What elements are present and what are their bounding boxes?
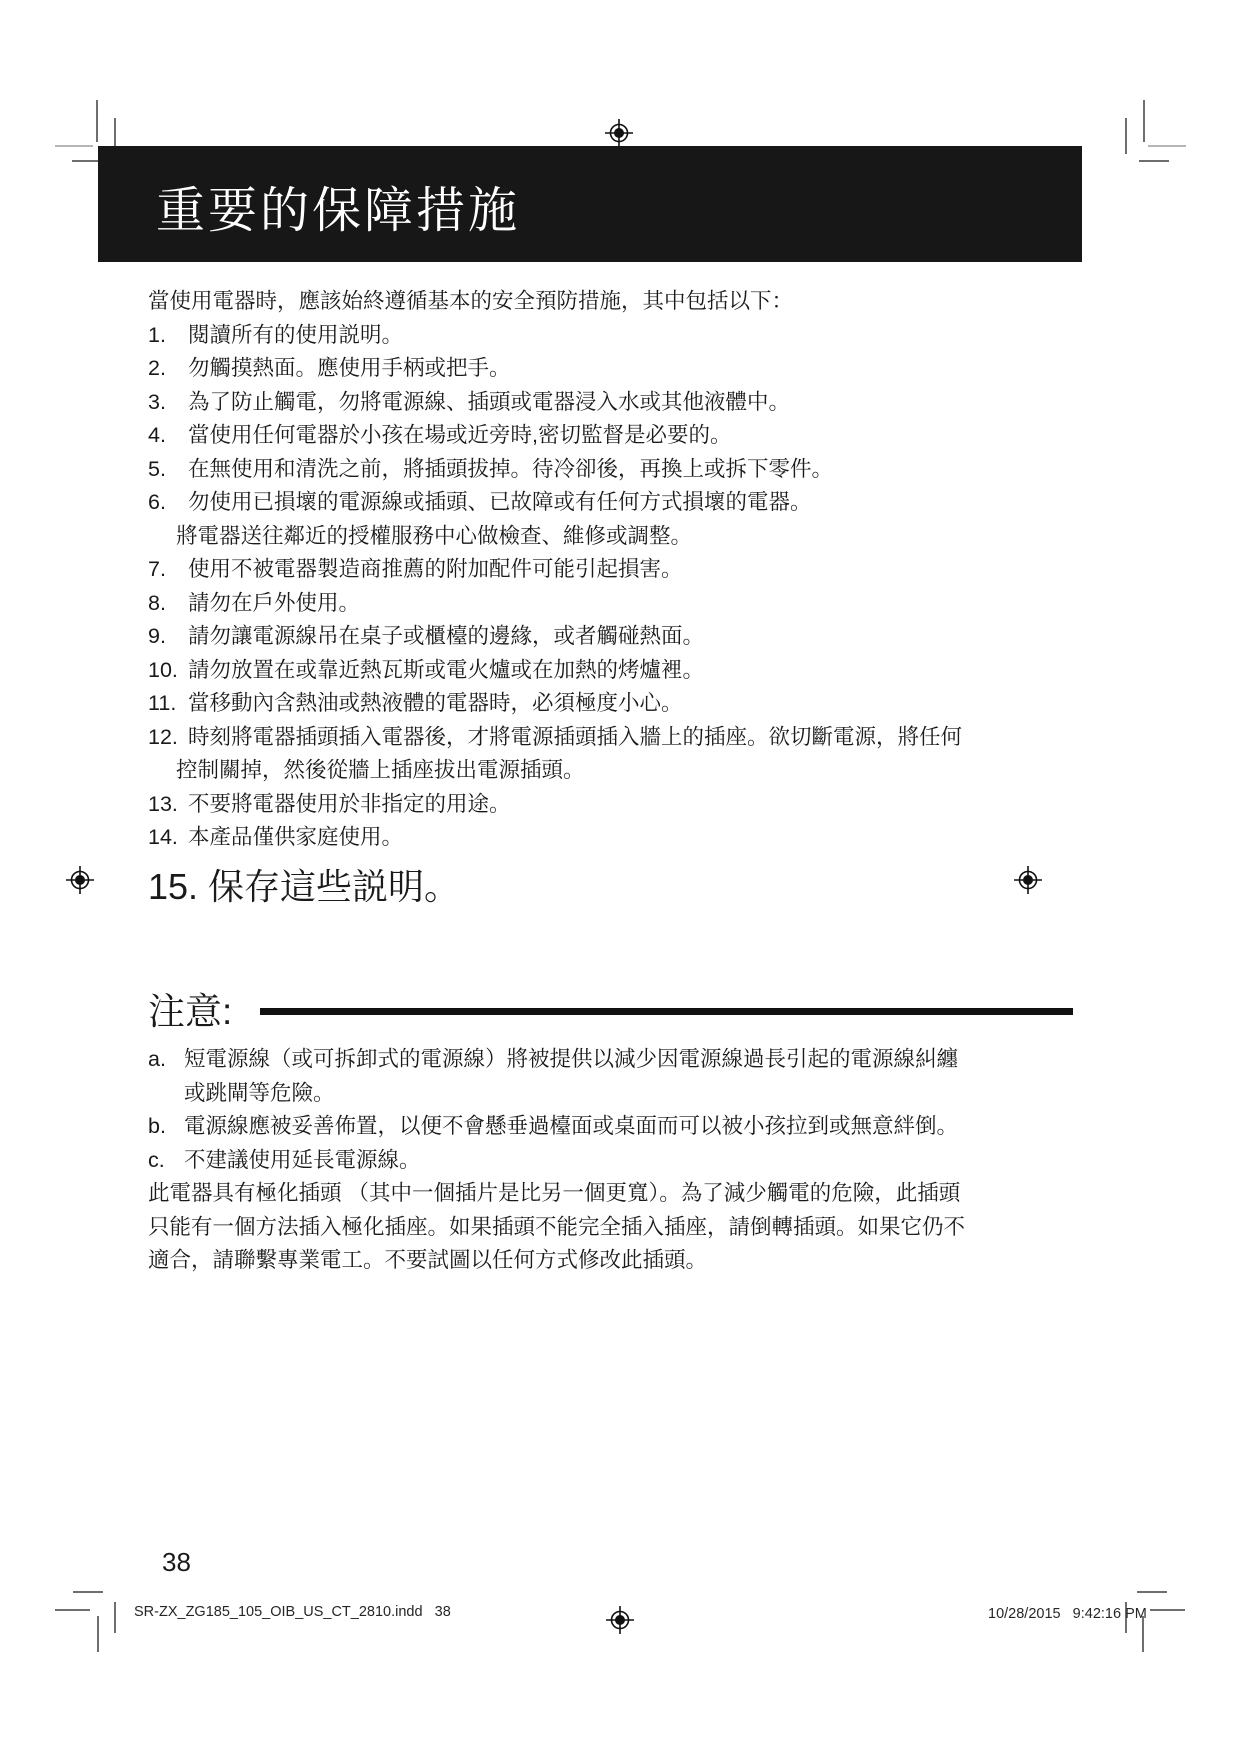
item-marker: 11. xyxy=(148,687,188,721)
list-item-line: a.短電源線（或可拆卸式的電源線）將被提供以減少因電源線過長引起的電源線糾纏 xyxy=(148,1043,1073,1077)
crop-mark xyxy=(114,1602,116,1633)
list-item-line: 11.當移動內含熱油或熱液體的電器時，必須極度小心。 xyxy=(148,687,1078,721)
crop-mark xyxy=(1143,100,1145,142)
crop-mark xyxy=(55,145,93,147)
crop-mark xyxy=(1150,1609,1185,1611)
item-marker: 2. xyxy=(148,352,188,386)
crop-mark xyxy=(97,1616,99,1652)
note-heading: 注意: xyxy=(148,981,232,1035)
crop-mark xyxy=(1139,160,1169,162)
item-text: 時刻將電器插頭插入電器後，才將電源插頭插入牆上的插座。欲切斷電源，將任何 xyxy=(188,721,962,755)
item-marker: 3. xyxy=(148,386,188,420)
registration-mark-icon xyxy=(66,866,94,894)
item-text: 將電器送往鄰近的授權服務中心做檢查、維修或調整。 xyxy=(176,520,692,554)
paragraph-line: 只能有一個方法插入極化插座。如果插頭不能完全插入插座，請倒轉插頭。如果它仍不 xyxy=(148,1211,1073,1245)
item-text: 在無使用和清洗之前，將插頭拔掉。待冷卻後，再換上或拆下零件。 xyxy=(188,453,833,487)
registration-mark-icon xyxy=(605,119,633,147)
list-item-line: 7.使用不被電器製造商推薦的附加配件可能引起損害。 xyxy=(148,553,1078,587)
crop-mark xyxy=(1137,1591,1167,1593)
item-marker: 1. xyxy=(148,319,188,353)
polarized-plug-paragraph: 此電器具有極化插頭 （其中一個插片是比另一個更寬）。為了減少觸電的危險，此插頭只… xyxy=(148,1177,1073,1278)
list-item-line: 控制關掉，然後從牆上插座拔出電源插頭。 xyxy=(148,754,1078,788)
item-text: 請勿放置在或靠近熱瓦斯或電火爐或在加熱的烤爐裡。 xyxy=(188,654,704,688)
intro-text: 當使用電器時，應該始終遵循基本的安全預防措施，其中包括以下： xyxy=(148,285,1078,319)
save-instructions-heading: 15. 保存這些説明。 xyxy=(148,864,1078,910)
item-text: 當使用任何電器於小孩在場或近旁時,密切監督是必要的。 xyxy=(188,419,731,453)
item-marker: 9. xyxy=(148,620,188,654)
item-text: 本產品僅供家庭使用。 xyxy=(188,821,403,855)
item-marker: 6. xyxy=(148,486,188,520)
list-item-line: 1.閱讀所有的使用説明。 xyxy=(148,319,1078,353)
item-marker: 4. xyxy=(148,419,188,453)
item-text: 請勿讓電源線吊在桌子或櫃檯的邊緣，或者觸碰熱面。 xyxy=(188,620,704,654)
item-marker: 12. xyxy=(148,721,188,755)
page-title-banner: 重要的保障措施 xyxy=(98,146,1082,262)
list-item-line: 14.本產品僅供家庭使用。 xyxy=(148,821,1078,855)
item-text: 短電源線（或可拆卸式的電源線）將被提供以減少因電源線過長引起的電源線糾纏 xyxy=(184,1043,958,1077)
item-text: 當移動內含熱油或熱液體的電器時，必須極度小心。 xyxy=(188,687,683,721)
list-item-line: 3.為了防止觸電，勿將電源線、插頭或電器浸入水或其他液體中。 xyxy=(148,386,1078,420)
list-item-line: 5.在無使用和清洗之前，將插頭拔掉。待冷卻後，再換上或拆下零件。 xyxy=(148,453,1078,487)
list-item-line: 或跳閘等危險。 xyxy=(148,1077,1073,1111)
paragraph-line: 此電器具有極化插頭 （其中一個插片是比另一個更寬）。為了減少觸電的危險，此插頭 xyxy=(148,1177,1073,1211)
page-title: 重要的保障措施 xyxy=(98,166,520,242)
item-marker: 13. xyxy=(148,788,188,822)
item-text: 勿觸摸熱面。應使用手柄或把手。 xyxy=(188,352,511,386)
item-marker: 8. xyxy=(148,587,188,621)
list-item-line: 將電器送往鄰近的授權服務中心做檢查、維修或調整。 xyxy=(148,520,1078,554)
item-text: 不建議使用延長電源線。 xyxy=(184,1144,421,1178)
paragraph-line: 適合，請聯繫專業電工。不要試圖以任何方式修改此插頭。 xyxy=(148,1244,1073,1278)
item-text: 或跳閘等危險。 xyxy=(184,1077,335,1111)
list-item-line: 13.不要將電器使用於非指定的用途。 xyxy=(148,788,1078,822)
item-marker: 7. xyxy=(148,553,188,587)
page-number: 38 xyxy=(162,1547,191,1578)
item-marker: c. xyxy=(148,1144,184,1178)
list-item-line: b.電源線應被妥善佈置，以便不會懸垂過檯面或桌面而可以被小孩拉到或無意絆倒。 xyxy=(148,1110,1073,1144)
list-item-line: 8.請勿在戶外使用。 xyxy=(148,587,1078,621)
note-heading-row: 注意: xyxy=(148,985,1073,1031)
item-marker: a. xyxy=(148,1043,184,1077)
item-text: 不要將電器使用於非指定的用途。 xyxy=(188,788,511,822)
item-text: 為了防止觸電，勿將電源線、插頭或電器浸入水或其他液體中。 xyxy=(188,386,790,420)
crop-mark xyxy=(1148,145,1186,147)
list-item-line: 12.時刻將電器插頭插入電器後，才將電源插頭插入牆上的插座。欲切斷電源，將任何 xyxy=(148,721,1078,755)
item-marker: 5. xyxy=(148,453,188,487)
item-marker: b. xyxy=(148,1110,184,1144)
footer-datetime: 10/28/2015 9:42:16 PM xyxy=(988,1606,1147,1622)
list-item-line: c.不建議使用延長電源線。 xyxy=(148,1144,1073,1178)
item-marker: 10. xyxy=(148,654,188,688)
list-item-line: 6.勿使用已損壞的電源線或插頭、已故障或有任何方式損壞的電器。 xyxy=(148,486,1078,520)
item-text: 電源線應被妥善佈置，以便不會懸垂過檯面或桌面而可以被小孩拉到或無意絆倒。 xyxy=(184,1110,958,1144)
item-text: 勿使用已損壞的電源線或插頭、已故障或有任何方式損壞的電器。 xyxy=(188,486,812,520)
footer-filename: SR-ZX_ZG185_105_OIB_US_CT_2810.indd 38 xyxy=(134,1604,451,1620)
list-item-line: 10.請勿放置在或靠近熱瓦斯或電火爐或在加熱的烤爐裡。 xyxy=(148,654,1078,688)
item-text: 閱讀所有的使用説明。 xyxy=(188,319,403,353)
crop-mark xyxy=(1125,118,1127,154)
registration-mark-icon xyxy=(606,1606,634,1634)
crop-mark xyxy=(96,100,98,142)
safeguards-section: 當使用電器時，應該始終遵循基本的安全預防措施，其中包括以下： 1.閱讀所有的使用… xyxy=(148,285,1078,910)
item-text: 使用不被電器製造商推薦的附加配件可能引起損害。 xyxy=(188,553,683,587)
list-item-line: 4.當使用任何電器於小孩在場或近旁時,密切監督是必要的。 xyxy=(148,419,1078,453)
item-marker: 14. xyxy=(148,821,188,855)
item-text: 控制關掉，然後從牆上插座拔出電源插頭。 xyxy=(176,754,585,788)
item-text: 請勿在戶外使用。 xyxy=(188,587,360,621)
list-item-line: 9.請勿讓電源線吊在桌子或櫃檯的邊緣，或者觸碰熱面。 xyxy=(148,620,1078,654)
note-list: a.短電源線（或可拆卸式的電源線）將被提供以減少因電源線過長引起的電源線糾纏或跳… xyxy=(148,1043,1073,1177)
safeguards-list: 1.閱讀所有的使用説明。2.勿觸摸熱面。應使用手柄或把手。3.為了防止觸電，勿將… xyxy=(148,319,1078,855)
heading-rule xyxy=(260,1008,1073,1015)
list-item-line: 2.勿觸摸熱面。應使用手柄或把手。 xyxy=(148,352,1078,386)
crop-mark xyxy=(55,1609,90,1611)
note-section: 注意: a.短電源線（或可拆卸式的電源線）將被提供以減少因電源線過長引起的電源線… xyxy=(148,985,1073,1278)
crop-mark xyxy=(73,1591,103,1593)
